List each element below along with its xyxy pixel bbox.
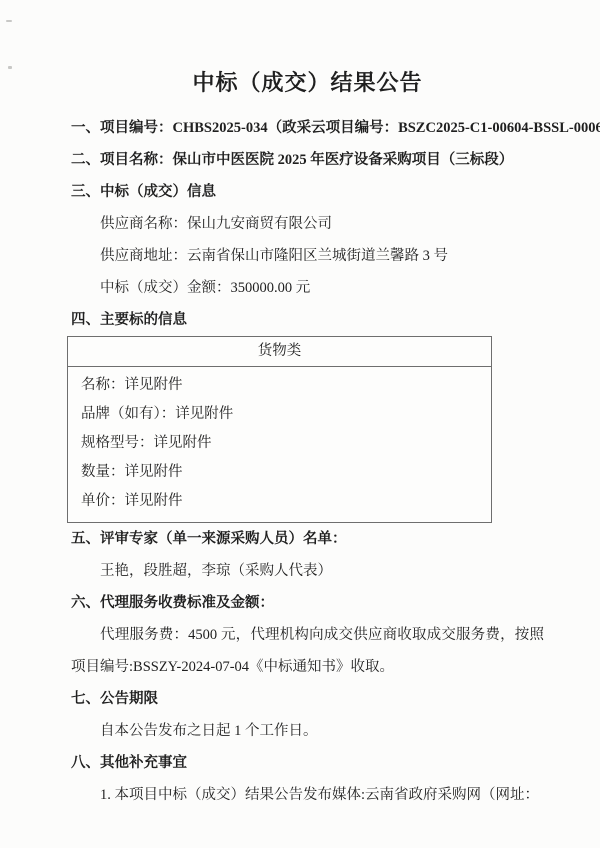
table-row-unit-price: 单价：详见附件: [81, 487, 491, 516]
project-name-line: 二、项目名称：保山市中医医院 2025 年医疗设备采购项目（三标段）: [71, 144, 544, 176]
announcement-period-heading: 七、公告期限: [71, 683, 544, 715]
award-info-heading: 三、中标（成交）信息: [71, 176, 544, 208]
table-row-name: 名称：详见附件: [81, 371, 491, 400]
scan-speckle: [8, 66, 12, 69]
table-row-spec: 规格型号：详见附件: [81, 429, 491, 458]
other-matters-heading: 八、其他补充事宜: [71, 747, 544, 779]
table-row-quantity: 数量：详见附件: [81, 458, 491, 487]
subject-matter-table: 货物类 名称：详见附件 品牌（如有）：详见附件 规格型号：详见附件 数量：详见附…: [67, 336, 492, 523]
project-name-label: 二、项目名称：: [71, 152, 173, 168]
announcement-period-detail: 自本公告发布之日起 1 个工作日。: [71, 715, 544, 747]
supplier-name-line: 供应商名称：保山九安商贸有限公司: [71, 208, 544, 240]
award-amount-line: 中标（成交）金额：350000.00 元: [71, 272, 544, 304]
table-body: 名称：详见附件 品牌（如有）：详见附件 规格型号：详见附件 数量：详见附件 单价…: [68, 367, 491, 522]
scan-speckle: [6, 20, 12, 22]
table-row-brand: 品牌（如有）：详见附件: [81, 400, 491, 429]
announcement-page: 中标（成交）结果公告 一、项目编号：CHBS2025-034（政采云项目编号：B…: [0, 0, 600, 848]
experts-names-line: 王艳，段胜超，李琼（采购人代表）: [71, 555, 544, 587]
experts-heading: 五、评审专家（单一来源采购人员）名单：: [71, 523, 544, 555]
project-name-value: 保山市中医医院 2025 年医疗设备采购项目（三标段）: [173, 152, 514, 168]
table-header-goods-category: 货物类: [68, 337, 491, 367]
agency-fee-detail: 代理服务费：4500 元，代理机构向成交供应商收取成交服务费，按照项目编号:BS…: [71, 619, 544, 683]
other-matters-item1: 1. 本项目中标（成交）结果公告发布媒体:云南省政府采购网（网址：: [71, 779, 544, 811]
project-number-value: CHBS2025-034（政采云项目编号：BSZC2025-C1-00604-B…: [173, 120, 600, 136]
project-number-label: 一、项目编号：: [71, 120, 173, 136]
agency-fee-heading: 六、代理服务收费标准及金额：: [71, 587, 544, 619]
project-number-line: 一、项目编号：CHBS2025-034（政采云项目编号：BSZC2025-C1-…: [71, 112, 544, 144]
document-content: 中标（成交）结果公告 一、项目编号：CHBS2025-034（政采云项目编号：B…: [0, 0, 600, 811]
page-title: 中标（成交）结果公告: [71, 68, 544, 98]
supplier-address-line: 供应商地址：云南省保山市隆阳区兰城街道兰馨路 3 号: [71, 240, 544, 272]
subject-matter-heading: 四、主要标的信息: [71, 304, 544, 336]
